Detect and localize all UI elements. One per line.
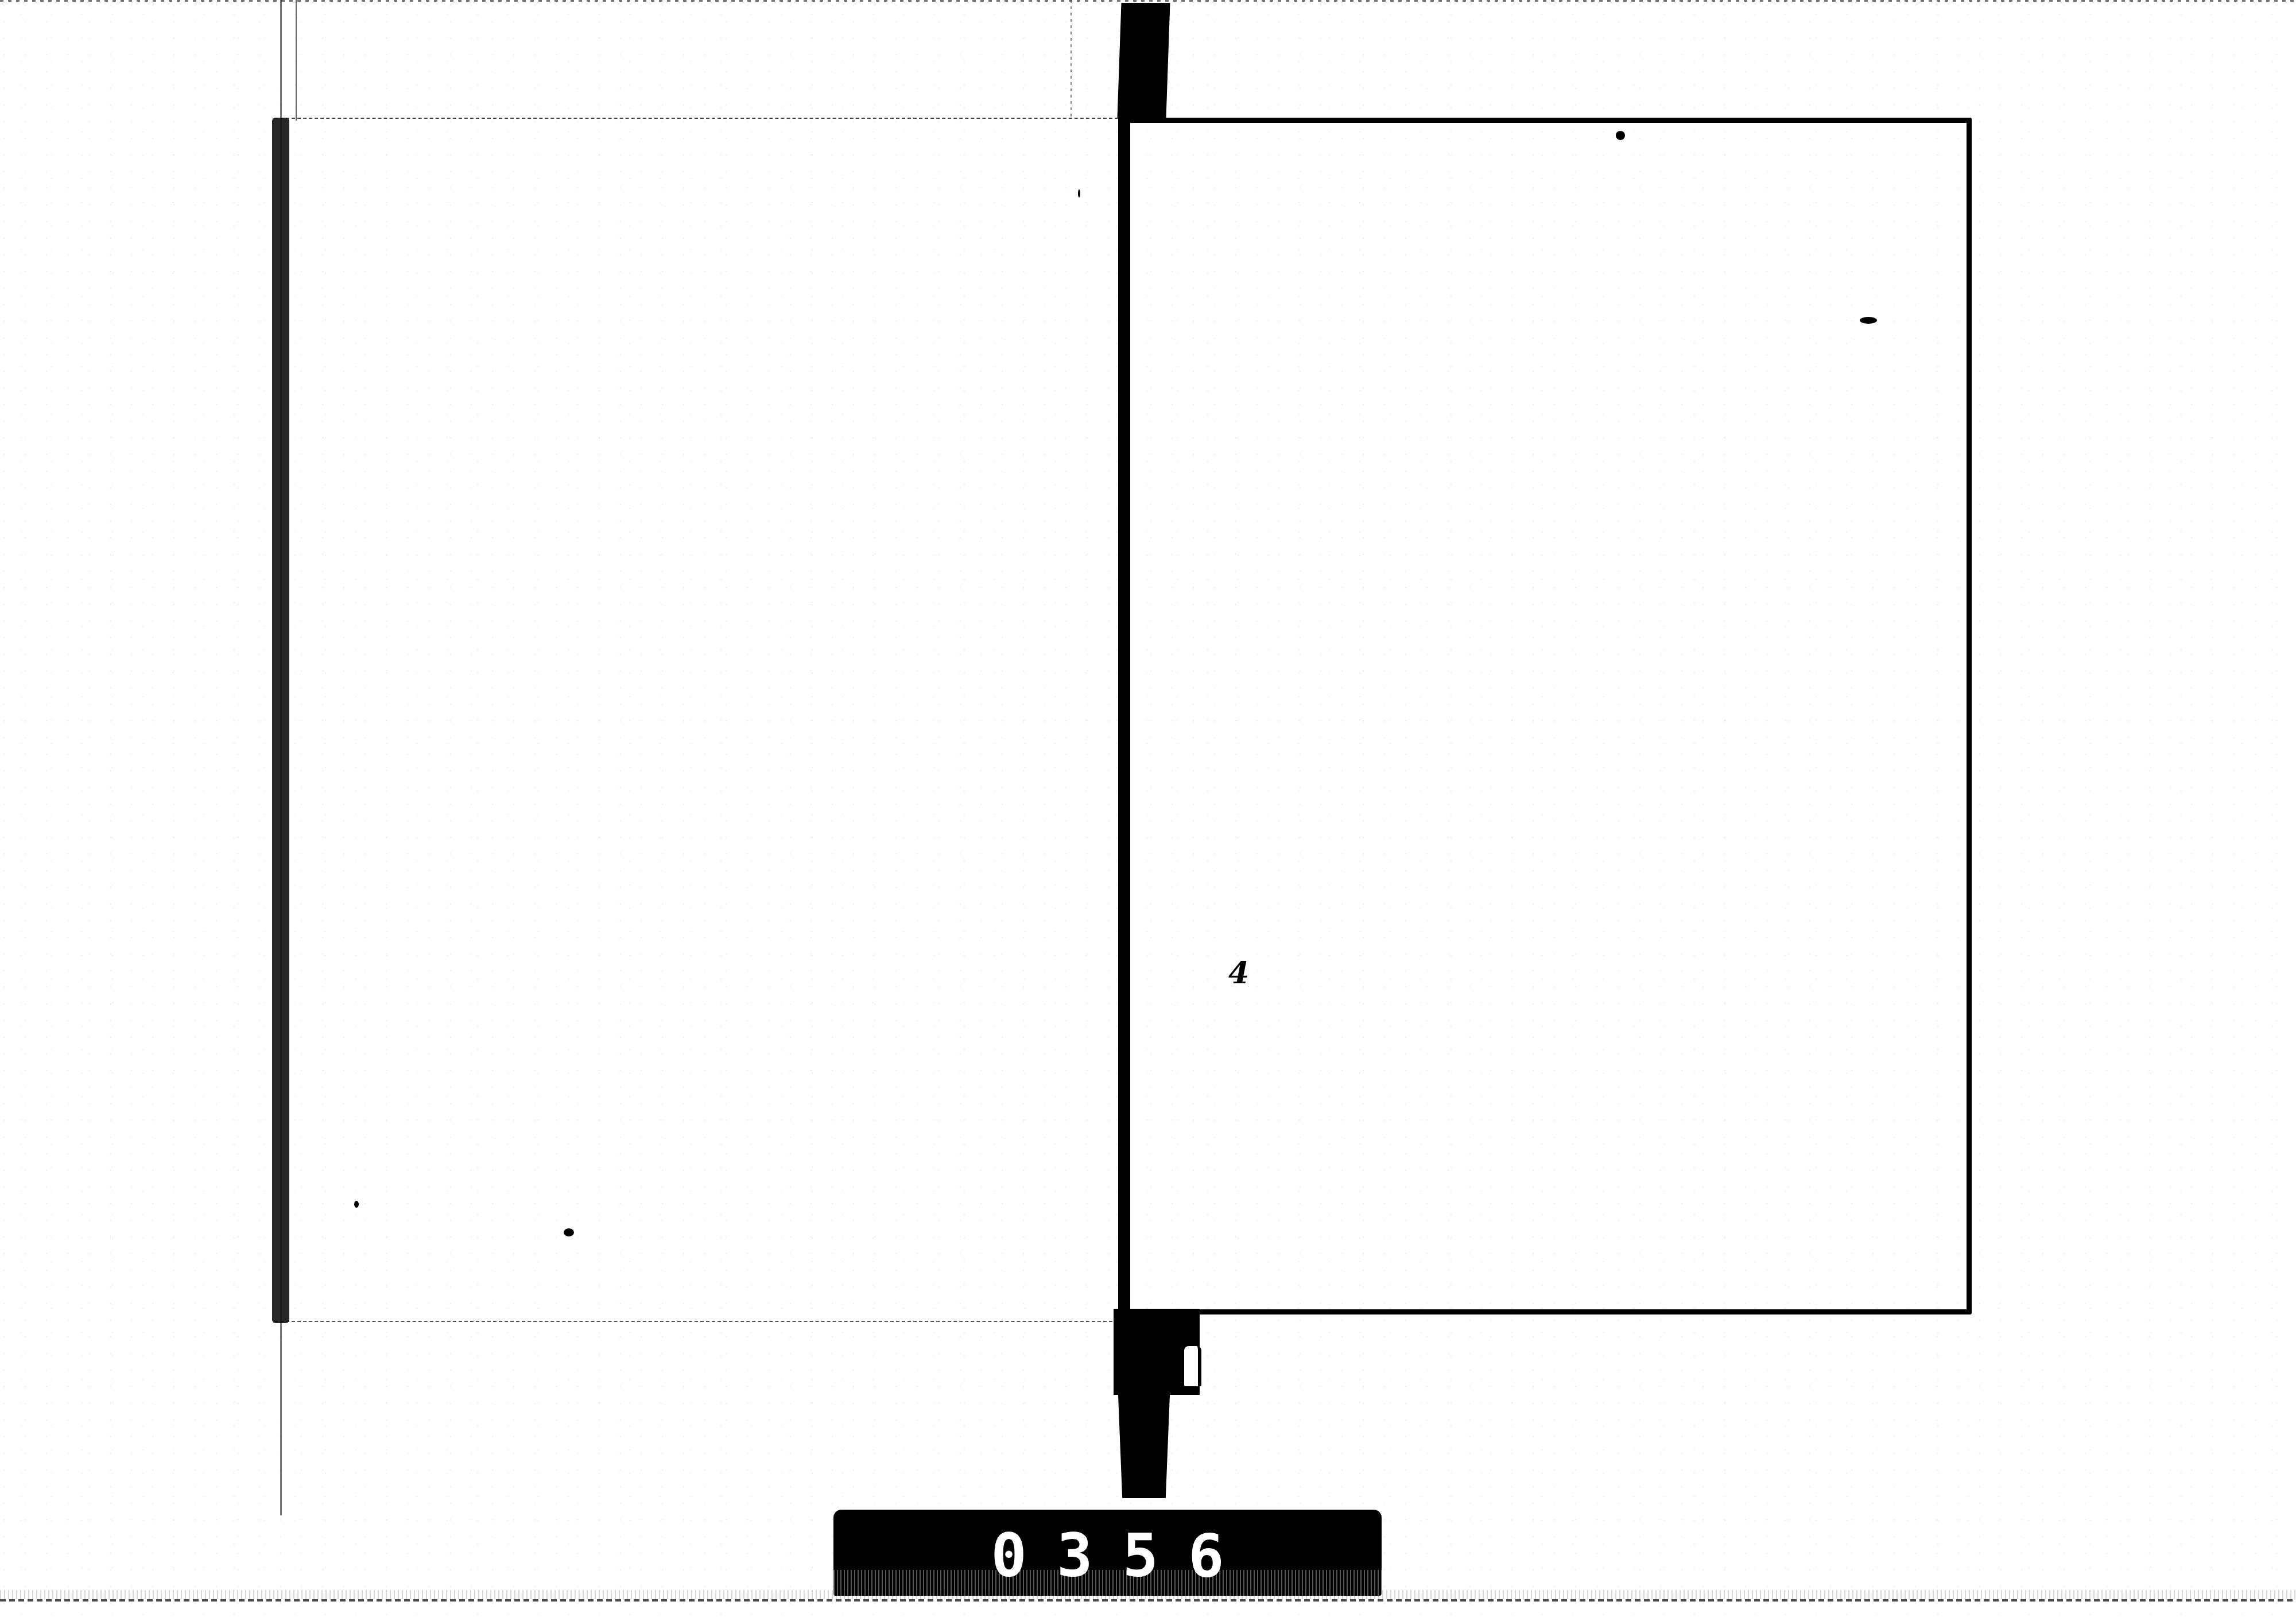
- film-bottom-edge: [0, 1599, 2296, 1602]
- clip-hole: [1184, 1346, 1201, 1386]
- handwritten-mark: 4: [1228, 956, 1249, 991]
- film-top-edge: [0, 0, 2296, 2]
- frame-number: 0356: [961, 1521, 1254, 1591]
- ink-smudge: [1616, 131, 1625, 140]
- ink-smudge: [1078, 189, 1080, 197]
- left-page-faint-edge: [1071, 0, 1072, 118]
- right-page: [1122, 118, 1972, 1314]
- spine-top-band: [1118, 3, 1170, 118]
- left-page-edge: [272, 118, 289, 1323]
- left-binding-line-secondary: [296, 0, 297, 121]
- left-page: [274, 118, 1124, 1322]
- clip-stem: [1118, 1395, 1170, 1498]
- ink-smudge: [354, 1201, 359, 1208]
- frame-number-tab: 0356: [833, 1510, 1382, 1596]
- ink-smudge: [1860, 317, 1877, 324]
- ink-smudge: [564, 1228, 574, 1236]
- film-bottom-speckle: [0, 1590, 2296, 1599]
